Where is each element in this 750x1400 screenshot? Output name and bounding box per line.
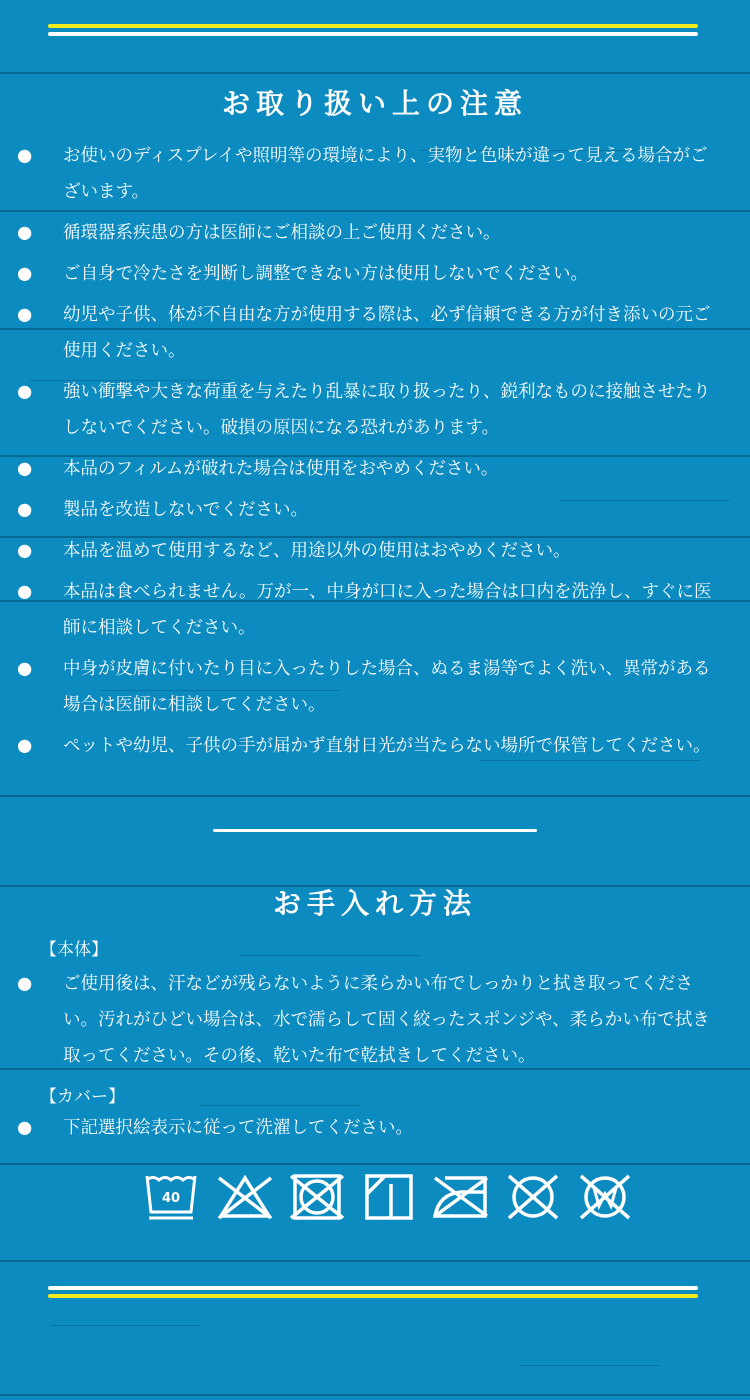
body-care-notes: ●ご使用後は、汗などが残らないように柔らかい布でしっかりと拭き取ってください。汚…	[40, 966, 720, 1079]
bullet-icon: ●	[40, 374, 63, 410]
handling-note: ●本品は食べられません。万が一、中身が口に入った場合は口内を洗浄し、すぐに医師に…	[40, 574, 720, 646]
section-divider	[213, 829, 537, 832]
wash-40-gentle-icon: 40	[143, 1172, 203, 1222]
svg-text:40: 40	[162, 1191, 180, 1206]
bullet-icon: ●	[40, 138, 63, 174]
no-bleach-icon	[215, 1172, 275, 1222]
bullet-icon: ●	[40, 651, 63, 687]
no-tumble-dry-icon	[287, 1172, 347, 1222]
handling-note: ●ご自身で冷たさを判断し調整できない方は使用しないでください。	[40, 256, 720, 292]
cover-care-notes: ●下記選択絵表示に従って洗濯してください。	[40, 1110, 720, 1151]
top-yellow-chalk-line	[48, 24, 698, 28]
top-white-chalk-line	[48, 32, 698, 36]
cover-care-note: ●下記選択絵表示に従って洗濯してください。	[40, 1110, 720, 1146]
handling-title: お取り扱い上の注意	[0, 82, 750, 122]
handling-note: ●強い衝撃や大きな荷重を与えたり乱暴に取り扱ったり、鋭利なものに接触させたりしな…	[40, 374, 720, 446]
handling-note: ●製品を改造しないでください。	[40, 492, 720, 528]
care-title: お手入れ方法	[0, 882, 750, 922]
no-wet-clean-icon	[575, 1172, 635, 1222]
bullet-icon: ●	[40, 297, 63, 333]
handling-note: ●お使いのディスプレイや照明等の環境により、実物と色味が違って見える場合がござい…	[40, 138, 720, 210]
no-dry-clean-icon	[503, 1172, 563, 1222]
bullet-icon: ●	[40, 1110, 63, 1146]
handling-notes-list: ●お使いのディスプレイや照明等の環境により、実物と色味が違って見える場合がござい…	[40, 138, 720, 769]
handling-note: ●中身が皮膚に付いたり目に入ったりした場合、ぬるま湯等でよく洗い、異常がある場合…	[40, 651, 720, 723]
bullet-icon: ●	[40, 451, 63, 487]
bullet-icon: ●	[40, 256, 63, 292]
bullet-icon: ●	[40, 533, 63, 569]
handling-note: ●幼児や子供、体が不自由な方が使用する際は、必ず信頼できる方が付き添いの元ご使用…	[40, 297, 720, 369]
cover-label: 【カバー】	[40, 1082, 125, 1107]
bullet-icon: ●	[40, 492, 63, 528]
handling-note: ●ペットや幼児、子供の手が届かず直射日光が当たらない場所で保管してください。	[40, 728, 720, 764]
drip-dry-shade-icon	[359, 1172, 419, 1222]
handling-note: ●本品のフィルムが破れた場合は使用をおやめください。	[40, 451, 720, 487]
bullet-icon: ●	[40, 574, 63, 610]
handling-note: ●循環器系疾患の方は医師にご相談の上ご使用ください。	[40, 215, 720, 251]
no-iron-icon	[431, 1172, 491, 1222]
body-label: 【本体】	[40, 935, 108, 960]
bullet-icon: ●	[40, 966, 63, 1002]
bullet-icon: ●	[40, 728, 63, 764]
bottom-white-chalk-line	[48, 1286, 698, 1290]
body-care-note: ●ご使用後は、汗などが残らないように柔らかい布でしっかりと拭き取ってください。汚…	[40, 966, 720, 1074]
bullet-icon: ●	[40, 215, 63, 251]
laundry-symbols: 40	[143, 1172, 635, 1222]
bottom-yellow-chalk-line	[48, 1294, 698, 1298]
handling-note: ●本品を温めて使用するなど、用途以外の使用はおやめください。	[40, 533, 720, 569]
